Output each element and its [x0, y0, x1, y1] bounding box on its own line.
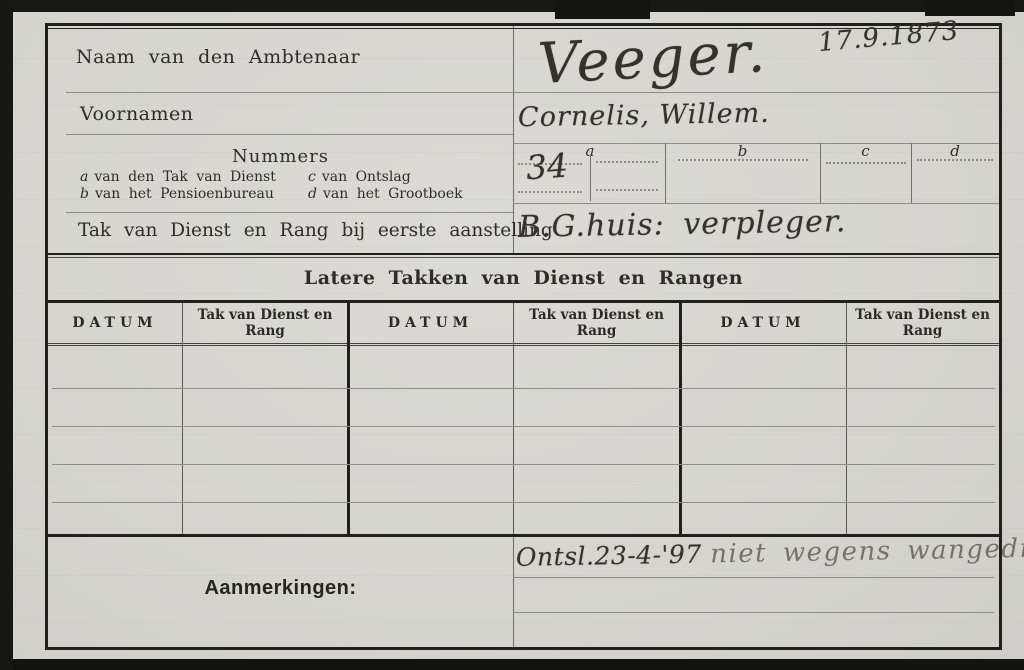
- rule-under-voornamen: [66, 134, 513, 135]
- nummers-legend: avan den Tak van Dienst cvan Ontslag bva…: [80, 169, 500, 202]
- scan-edge-top: [0, 0, 1024, 12]
- dotted-line-d: [917, 159, 993, 161]
- grid-label-b: b: [665, 142, 820, 160]
- section-divider-thin: [48, 257, 999, 258]
- label-latere-takken-title: Latere Takken van Dienst en Rangen: [48, 267, 999, 289]
- remarks-section-divider: [513, 537, 514, 647]
- legend-item-b: bvan het Pensioenbureau: [80, 186, 308, 202]
- table-row-rule-1: [52, 388, 995, 389]
- legend-text-a: van den Tak van Dienst: [94, 169, 276, 185]
- rule-under-surname: [513, 92, 999, 93]
- column-header-tak-1: Tak van Dienst en Rang: [182, 307, 348, 339]
- numbers-grid-bottom-rule: [513, 203, 999, 204]
- table-row-rule-2: [52, 426, 995, 427]
- remarks-rule-1: [513, 577, 994, 578]
- column-header-datum-3: DATUM: [680, 315, 846, 331]
- handwritten-remark-ink: Ontsl.23-4-'97: [516, 540, 702, 572]
- label-voornamen: Voornamen: [80, 103, 194, 125]
- legend-letter-a: a: [80, 169, 88, 185]
- latere-takken-table: DATUM Tak van Dienst en Rang DATUM Tak v…: [48, 300, 999, 537]
- dotted-line-a2: [596, 161, 658, 163]
- dotted-line-a4: [596, 189, 658, 191]
- table-row-rule-3: [52, 464, 995, 465]
- scan-edge-left: [0, 0, 13, 670]
- scan-edge-bottom: [0, 659, 1024, 670]
- rule-under-naam: [66, 92, 513, 93]
- column-header-tak-3: Tak van Dienst en Rang: [846, 307, 999, 339]
- table-divider-thin-1: [182, 303, 183, 534]
- handwritten-first-appointment: B.G.huis: verpleger.: [518, 204, 847, 245]
- label-aanmerkingen: Aanmerkingen:: [48, 577, 513, 600]
- legend-letter-d: d: [308, 186, 317, 202]
- handwritten-given-names: Cornelis, Willem.: [518, 98, 770, 133]
- section-divider-heavy: [48, 253, 999, 255]
- remarks-rule-2: [513, 612, 994, 613]
- column-header-datum-1: DATUM: [48, 315, 182, 331]
- table-row-rule-4: [52, 502, 995, 503]
- dotted-line-a3: [518, 191, 582, 193]
- grid-label-d: d: [911, 142, 999, 160]
- table-divider-thick-1: [347, 303, 350, 534]
- legend-text-d: van het Grootboek: [323, 186, 463, 202]
- table-divider-thin-2: [513, 303, 514, 534]
- card-border-frame: Naam van den Ambtenaar Voornamen Nummers…: [45, 23, 1002, 650]
- rule-under-nummers: [66, 212, 513, 213]
- scan-edge-top-notch2: [925, 0, 1015, 16]
- handwritten-remark-pencil: niet wegens wangedrag: [710, 533, 1024, 569]
- column-header-tak-2: Tak van Dienst en Rang: [513, 307, 680, 339]
- legend-item-d: dvan het Grootboek: [308, 186, 500, 202]
- numbers-grid-sub-divider-a: [590, 156, 591, 201]
- label-nummers-title: Nummers: [48, 146, 513, 167]
- label-tak-eerste-aanstelling: Tak van Dienst en Rang bij eerste aanste…: [78, 220, 553, 241]
- column-header-datum-2: DATUM: [348, 315, 513, 331]
- table-divider-thick-2: [679, 303, 682, 534]
- legend-text-c: van Ontslag: [322, 169, 411, 185]
- dotted-line-b: [678, 159, 808, 161]
- legend-item-a: avan den Tak van Dienst: [80, 169, 308, 185]
- scan-edge-top-notch: [555, 0, 650, 19]
- legend-item-c: cvan Ontslag: [308, 169, 500, 185]
- legend-letter-b: b: [80, 186, 89, 202]
- legend-letter-c: c: [308, 169, 316, 185]
- table-header-row: DATUM Tak van Dienst en Rang DATUM Tak v…: [48, 303, 999, 346]
- handwritten-remark-line: Ontsl.23-4-'97 niet wegens wangedrag: [516, 533, 1024, 573]
- dotted-line-c: [826, 162, 906, 164]
- scanned-personnel-card: Naam van den Ambtenaar Voornamen Nummers…: [0, 0, 1024, 670]
- handwritten-number-a: 34: [525, 146, 570, 188]
- table-divider-thin-3: [846, 303, 847, 534]
- grid-label-c: c: [820, 142, 911, 160]
- handwritten-surname: Veeger.: [536, 20, 769, 97]
- handwritten-date: 17.9.1873: [817, 16, 960, 58]
- legend-text-b: van het Pensioenbureau: [95, 186, 274, 202]
- label-naam-van-den-ambtenaar: Naam van den Ambtenaar: [76, 46, 360, 68]
